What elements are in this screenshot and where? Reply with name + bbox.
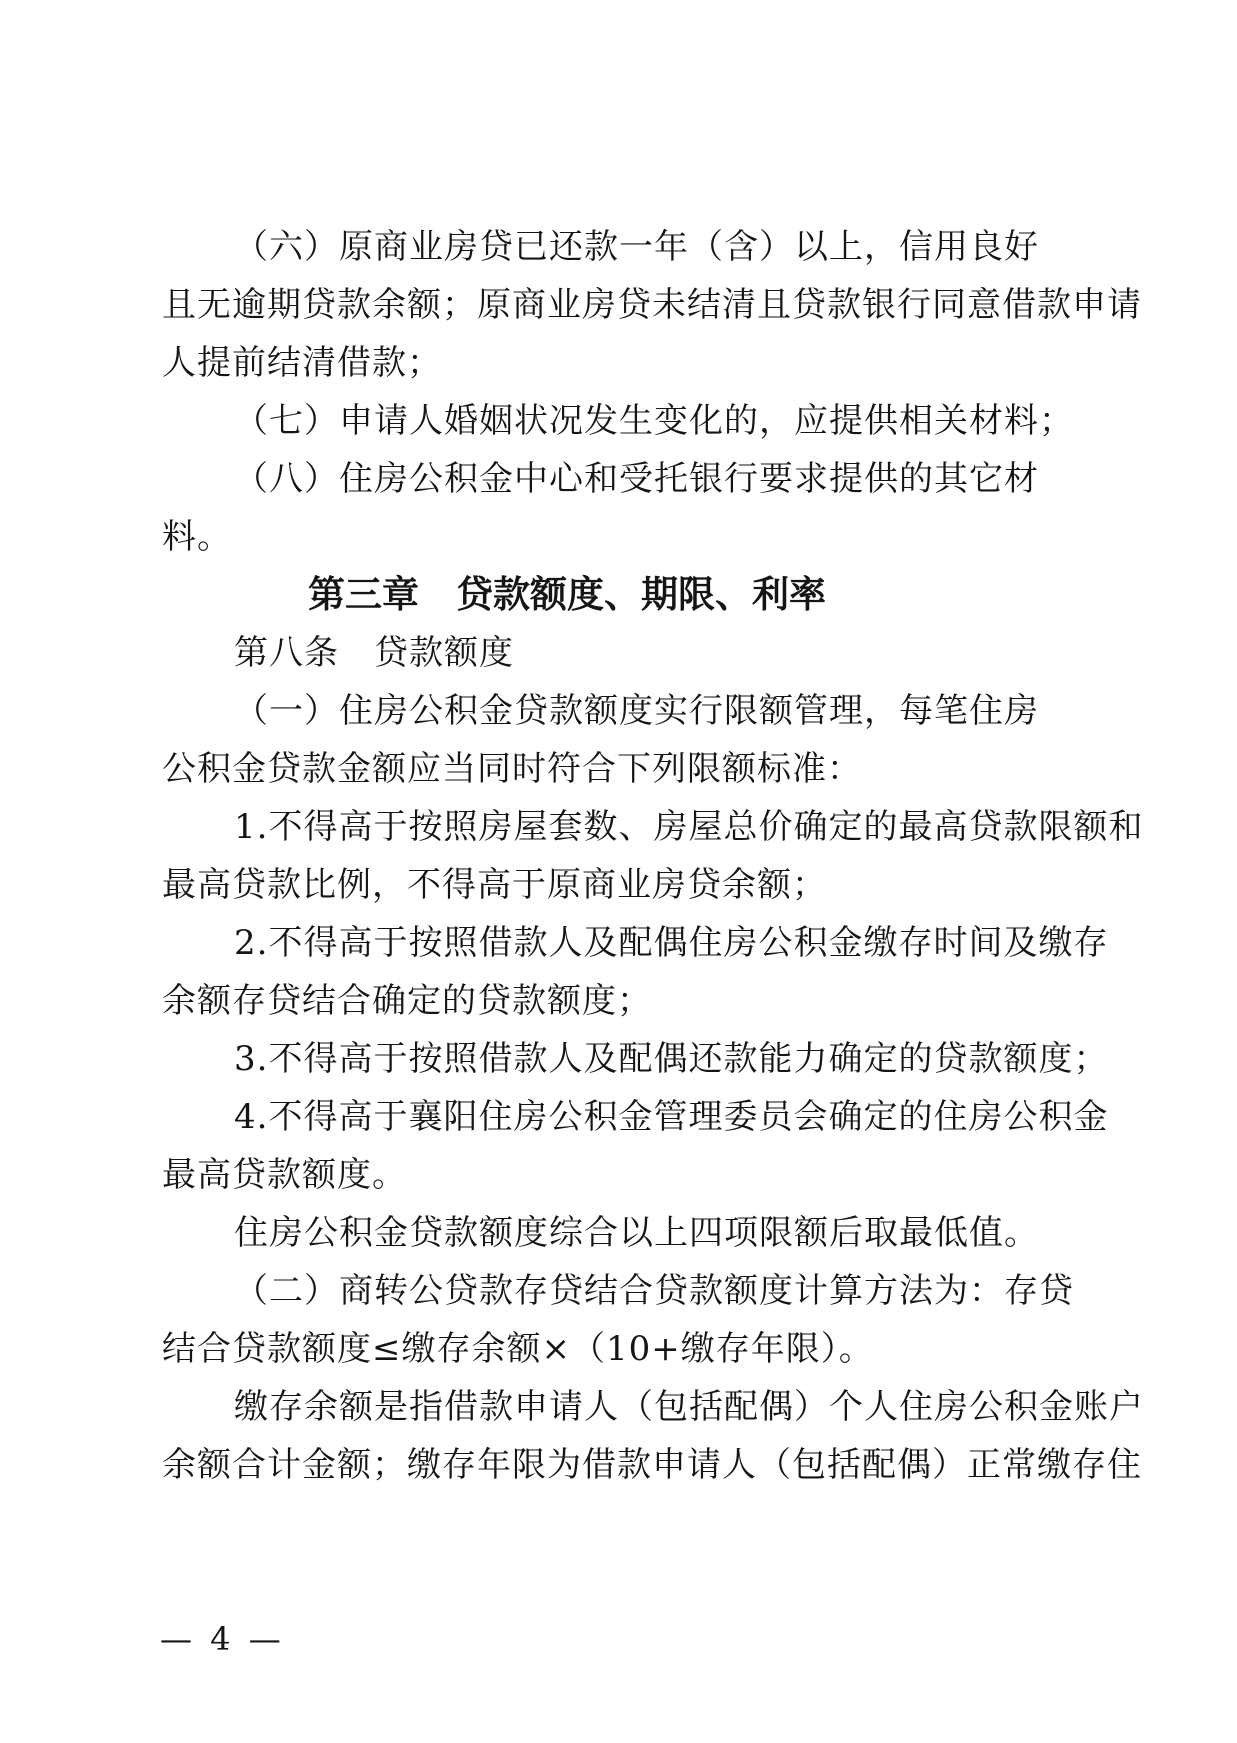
doc-line: （一）住房公积金贷款额度实行限额管理，每笔住房 (162, 682, 1088, 740)
page-number: — 4 — (160, 1610, 285, 1668)
doc-line: 4.不得高于襄阳住房公积金管理委员会确定的住房公积金 (162, 1088, 1088, 1146)
doc-line: 缴存余额是指借款申请人（包括配偶）个人住房公积金账户 (162, 1378, 1088, 1436)
doc-line: （二）商转公贷款存贷结合贷款额度计算方法为：存贷 (162, 1262, 1088, 1320)
doc-line: 最高贷款比例，不得高于原商业房贷余额； (162, 856, 1088, 914)
document-page: （六）原商业房贷已还款一年（含）以上，信用良好 且无逾期贷款余额；原商业房贷未结… (0, 0, 1237, 1743)
doc-line: 人提前结清借款； (162, 334, 1088, 392)
doc-line: 余额合计金额；缴存年限为借款申请人（包括配偶）正常缴存住 (162, 1436, 1088, 1494)
doc-line: 余额存贷结合确定的贷款额度； (162, 972, 1088, 1030)
doc-line: （八）住房公积金中心和受托银行要求提供的其它材 (162, 450, 1088, 508)
doc-line: 最高贷款额度。 (162, 1146, 1088, 1204)
doc-line: 3.不得高于按照借款人及配偶还款能力确定的贷款额度； (162, 1030, 1088, 1088)
doc-line: 1.不得高于按照房屋套数、房屋总价确定的最高贷款限额和 (162, 798, 1088, 856)
doc-line: （六）原商业房贷已还款一年（含）以上，信用良好 (162, 218, 1088, 276)
doc-line: 公积金贷款金额应当同时符合下列限额标准： (162, 740, 1088, 798)
doc-line: 且无逾期贷款余额；原商业房贷未结清且贷款银行同意借款申请 (162, 276, 1088, 334)
doc-line: 料。 (162, 508, 1088, 566)
chapter-heading: 第三章 贷款额度、期限、利率 (104, 566, 1030, 624)
doc-line: 2.不得高于按照借款人及配偶住房公积金缴存时间及缴存 (162, 914, 1088, 972)
formula-line: 结合贷款额度≤缴存余额×（10+缴存年限）。 (162, 1320, 1088, 1378)
article-heading: 第八条 贷款额度 (162, 624, 1088, 682)
doc-line: （七）申请人婚姻状况发生变化的，应提供相关材料； (162, 392, 1088, 450)
doc-line: 住房公积金贷款额度综合以上四项限额后取最低值。 (162, 1204, 1088, 1262)
document-body: （六）原商业房贷已还款一年（含）以上，信用良好 且无逾期贷款余额；原商业房贷未结… (162, 218, 1088, 1494)
